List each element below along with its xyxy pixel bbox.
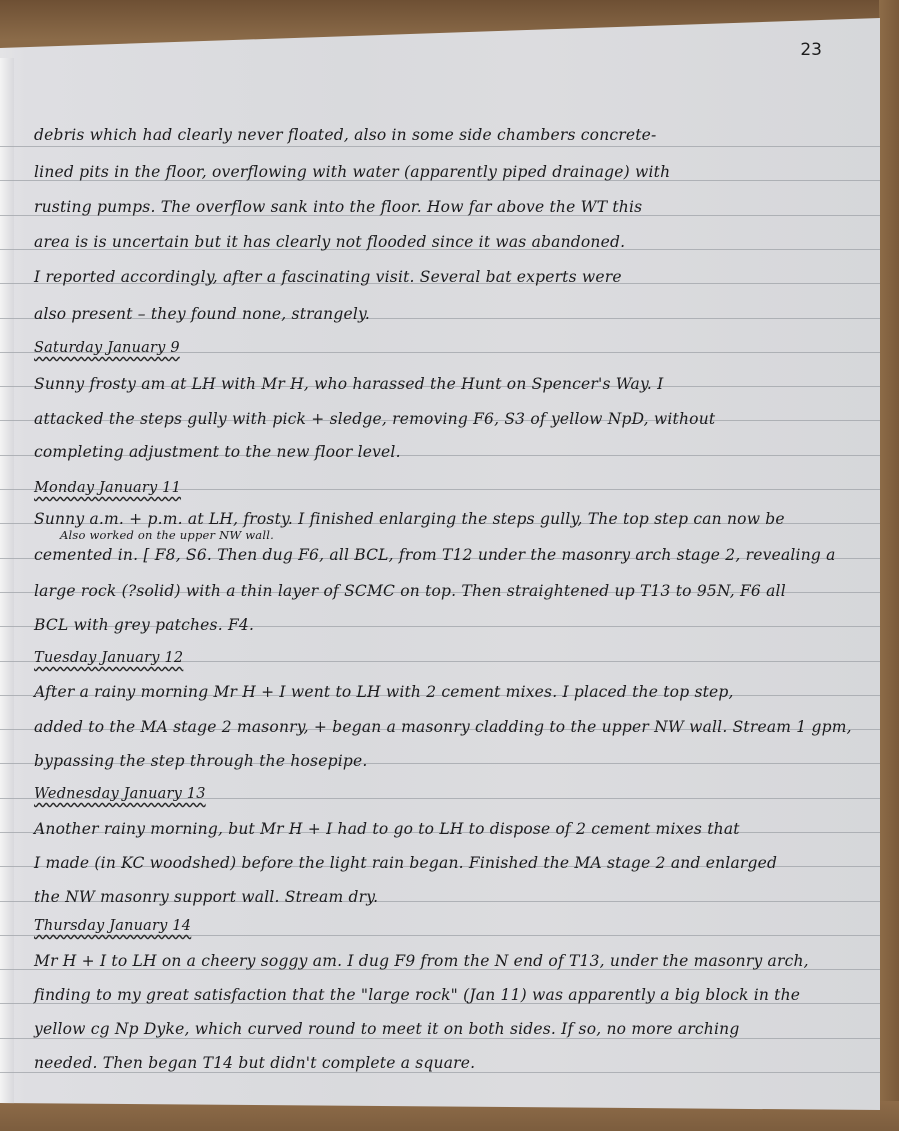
text-line: I reported accordingly, after a fascinat… — [34, 268, 846, 286]
ruled-line — [0, 1038, 880, 1039]
text-line: lined pits in the floor, overflowing wit… — [34, 163, 846, 181]
text-line: bypassing the step through the hosepipe. — [34, 752, 846, 770]
text-line: completing adjustment to the new floor l… — [34, 443, 846, 461]
text-line: needed. Then began T14 but didn't comple… — [34, 1054, 846, 1072]
text-line: After a rainy morning Mr H + I went to L… — [34, 683, 846, 701]
entry-heading: Monday January 11 — [34, 480, 846, 496]
text-line: cemented in. [ F8, S6. Then dug F6, all … — [34, 546, 846, 564]
inserted-note: Also worked on the upper NW wall. — [60, 528, 846, 542]
text-line: Mr H + I to LH on a cheery soggy am. I d… — [34, 952, 846, 970]
text-line: the NW masonry support wall. Stream dry. — [34, 888, 846, 906]
ruled-line — [0, 146, 880, 147]
text-line: debris which had clearly never floated, … — [34, 126, 846, 144]
desk-background-right — [879, 0, 899, 1131]
text-line: rusting pumps. The overflow sank into th… — [34, 198, 846, 216]
text-line: Sunny a.m. + p.m. at LH, frosty. I finis… — [34, 510, 846, 528]
text-line: area is is uncertain but it has clearly … — [34, 233, 846, 251]
text-line: BCL with grey patches. F4. — [34, 616, 846, 634]
text-line: I made (in KC woodshed) before the light… — [34, 854, 846, 872]
ruled-line — [0, 1072, 880, 1073]
text-line: Sunny frosty am at LH with Mr H, who har… — [34, 375, 846, 393]
page-number: 23 — [800, 40, 822, 60]
text-line: Another rainy morning, but Mr H + I had … — [34, 820, 846, 838]
entry-heading: Saturday January 9 — [34, 340, 846, 356]
ruled-line — [0, 935, 880, 936]
notebook-page: 23 debris which had clearly never floate… — [0, 18, 880, 1110]
text-line: finding to my great satisfaction that th… — [34, 986, 846, 1004]
entry-heading: Tuesday January 12 — [34, 650, 846, 666]
text-line: yellow cg Np Dyke, which curved round to… — [34, 1020, 846, 1038]
text-line: also present – they found none, strangel… — [34, 305, 846, 323]
text-line: attacked the steps gully with pick + sle… — [34, 410, 846, 428]
text-line: added to the MA stage 2 masonry, + began… — [34, 718, 846, 736]
text-line: large rock (?solid) with a thin layer of… — [34, 582, 846, 600]
entry-heading: Thursday January 14 — [34, 918, 846, 934]
entry-heading: Wednesday January 13 — [34, 786, 846, 802]
